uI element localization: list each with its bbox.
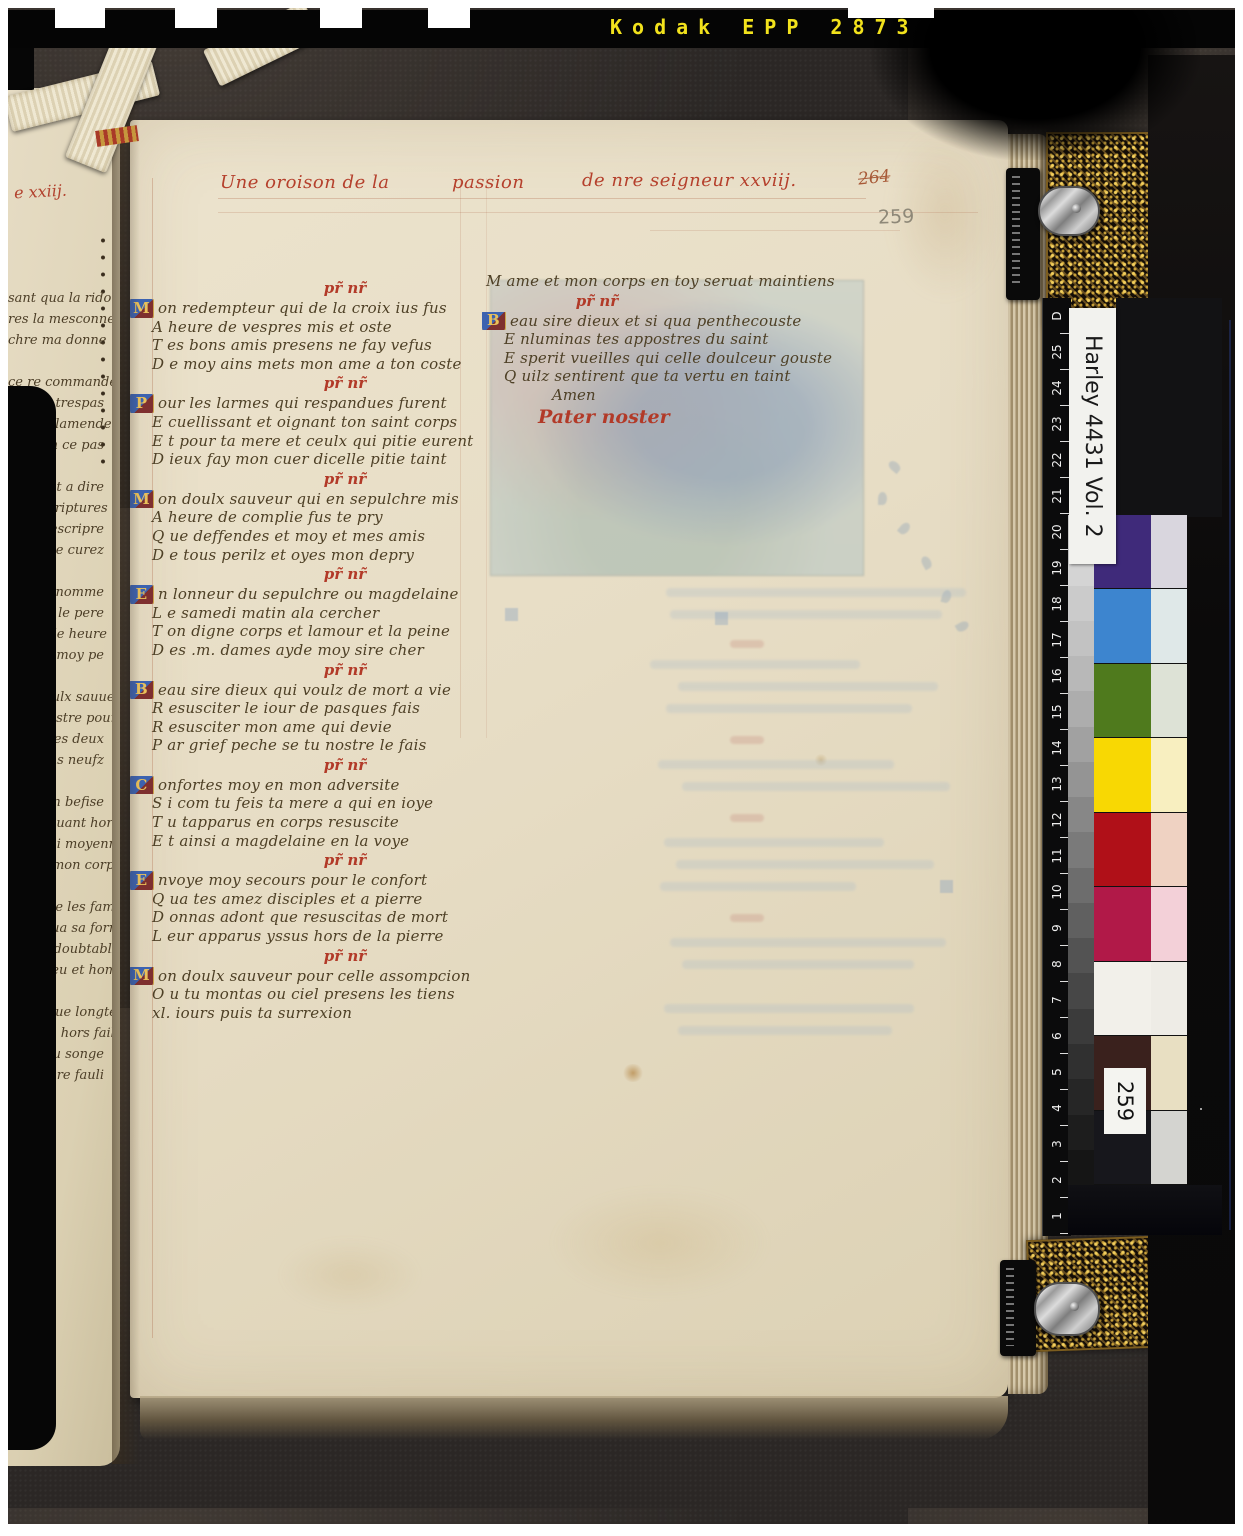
rubric-pater-noster: pr̃ nr̃ [215, 661, 475, 680]
ruler-tick: 18 [1043, 586, 1071, 622]
photograph-of-manuscript: Kodak EPP 2873 e xxiij. sant qua la rido… [0, 0, 1243, 1536]
ruler-number: 23 [1050, 416, 1064, 431]
verse-line: A heure de vespres mis et oste [130, 318, 478, 337]
verse-line: Q ua tes amez disciples et a pierre [130, 890, 478, 909]
ruler-number: 7 [1050, 996, 1064, 1004]
clip-screw [1070, 1302, 1079, 1311]
pencil-folio-number: 259 [878, 205, 915, 228]
parchment-stain [622, 1064, 644, 1082]
facing-page-fragment-line: chre ma donne [8, 330, 112, 351]
ghost-flower [887, 459, 903, 474]
gray-step [1068, 1079, 1094, 1114]
color-patch [1094, 589, 1151, 663]
verse-line: E nluminas tes appostres du saint [482, 330, 912, 349]
ruler-number: 8 [1050, 960, 1064, 968]
right-text-column: M ame et mon corps en toy seruat maintie… [482, 272, 912, 428]
amen-text: Amen [552, 386, 912, 406]
verse-line: D e moy ains mets mon ame a ton coste [130, 355, 478, 374]
ruler-number: 6 [1050, 1032, 1064, 1040]
rubric-pater-noster: pr̃ nr̃ [215, 756, 475, 775]
ruler-number: 2 [1050, 1176, 1064, 1184]
ruler-tick: 11 [1043, 838, 1071, 874]
verse-line: L eur apparus yssus hors de la pierre [130, 927, 478, 946]
verse-line: M on doulx sauveur qui en sepulchre mis [130, 490, 478, 509]
old-folio-number: 264 [857, 166, 891, 189]
ghost-initial [715, 612, 728, 625]
stanza: pr̃ nr̃ B eau sire dieux qui voulz de mo… [130, 661, 478, 755]
stanza: pr̃ nr̃ E nvoye moy secours pour le conf… [130, 851, 478, 945]
verse-line: T on digne corps et lamour et la peine [130, 622, 478, 641]
show-through-line [658, 760, 894, 769]
verse-text: onfortes moy en mon adversite [158, 776, 400, 795]
illuminated-initial: B [482, 312, 505, 331]
verse-line: M ame et mon corps en toy seruat maintie… [482, 272, 912, 291]
rubric-pater-noster: pr̃ nr̃ [482, 292, 712, 311]
ruler-number: 12 [1050, 812, 1064, 827]
clip-screw [1072, 204, 1081, 213]
ruler-tick: 13 [1043, 766, 1071, 802]
calibration-patch-row [1094, 962, 1187, 1036]
show-through-line [670, 610, 942, 619]
verse-line: D e tous perilz et oyes mon depry [130, 546, 478, 565]
ruler-number: 4 [1050, 1104, 1064, 1112]
ruler-number: 3 [1050, 1140, 1064, 1148]
strap-label-text [1012, 176, 1020, 288]
ghost-flower [878, 492, 887, 505]
rubric-pater-noster: pr̃ nr̃ [215, 565, 475, 584]
ruler-tick: 17 [1043, 622, 1071, 658]
show-through-line [678, 1026, 892, 1035]
ruler-number: 13 [1050, 776, 1064, 791]
frame-notch [55, 8, 105, 28]
calibration-black-patch [1116, 298, 1222, 517]
pastel-patch [1151, 813, 1187, 887]
verse-line: xl. iours puis ta surrexion [130, 1004, 478, 1023]
ruler-tick: 6 [1043, 1018, 1071, 1054]
calibration-patch-row [1094, 664, 1187, 738]
verse-line: R esusciter le iour de pasques fais [130, 699, 478, 718]
ghost-initial [505, 608, 518, 621]
color-patch [1094, 664, 1151, 738]
ruler-number: 19 [1050, 560, 1064, 575]
ruler-tick: 5 [1043, 1054, 1071, 1090]
ruler-tick: 4 [1043, 1090, 1071, 1126]
gray-step [1068, 1044, 1094, 1079]
verse-line: D ieux fay mon cuer dicelle pitie taint [130, 450, 478, 469]
verse-line: C onfortes moy en mon adversite [130, 776, 478, 795]
verse-line: R esusciter mon ame qui devie [130, 718, 478, 737]
verse-line: E n lonneur du sepulchre ou magdelaine [130, 585, 478, 604]
gray-step [1068, 797, 1094, 832]
ruler-number: 17 [1050, 632, 1064, 647]
color-patch [1094, 887, 1151, 961]
shadow [870, 10, 1200, 160]
ruler-tick: 2 [1043, 1162, 1071, 1198]
verse-line: P ar grief peche se tu nostre le fais [130, 736, 478, 755]
show-through-line [670, 938, 946, 947]
gray-step [1068, 762, 1094, 797]
verse-text: on doulx sauveur pour celle assompcion [158, 967, 470, 986]
ruler-number: 15 [1050, 704, 1064, 719]
ruler-tick: 25 [1043, 334, 1071, 370]
metal-clip-bottom [1034, 1282, 1100, 1336]
pastel-patch [1151, 738, 1187, 812]
ruler-number: 22 [1050, 452, 1064, 467]
ruler-number: 18 [1050, 596, 1064, 611]
ruler-number: 21 [1050, 488, 1064, 503]
verse-line: T es bons amis presens ne fay vefus [130, 336, 478, 355]
gray-step [1068, 938, 1094, 973]
ruler-tick: 14 [1043, 730, 1071, 766]
left-text-column: pr̃ nr̃ M on redempteur qui de la croix … [130, 278, 478, 1022]
ruler-number: 11 [1050, 848, 1064, 863]
rubric-pater-noster: pr̃ nr̃ [215, 470, 475, 489]
ruler-tick: D [1043, 298, 1071, 334]
verse-line: O u tu montas ou ciel presens les tiens [130, 985, 478, 1004]
ruler-tick: 1 [1043, 1198, 1071, 1234]
stanza: pr̃ nr̃ M on redempteur qui de la croix … [130, 279, 478, 373]
color-patch [1094, 962, 1151, 1036]
show-through-line [676, 860, 934, 869]
strap-label-text [1006, 1268, 1014, 1346]
verse-text: eau sire dieux et si qua penthecouste [510, 312, 801, 331]
verse-line: A heure de complie fus te pry [130, 508, 478, 527]
show-through-line [666, 704, 912, 713]
ruler-tick: 9 [1043, 910, 1071, 946]
gray-step [1068, 586, 1094, 621]
pastel-patch [1151, 664, 1187, 738]
show-through-line [666, 588, 966, 597]
ruler-tick: 8 [1043, 946, 1071, 982]
gray-step [1068, 868, 1094, 903]
verse-line: B eau sire dieux et si qua penthecouste [482, 312, 912, 331]
show-through-rubric [730, 914, 764, 922]
verse-line: D onnas adont que resuscitas de mort [130, 908, 478, 927]
show-through-line [678, 682, 938, 691]
calibration-strip-end [1068, 1185, 1222, 1235]
ruler-number: 16 [1050, 668, 1064, 683]
pastel-patch [1151, 962, 1187, 1036]
gray-step [1068, 1009, 1094, 1044]
verse-line: B eau sire dieux qui voulz de mort a vie [130, 681, 478, 700]
ruled-line [218, 212, 978, 213]
photo-border-bottom [0, 1524, 1243, 1536]
pastel-patch [1151, 1036, 1187, 1110]
gray-step [1068, 832, 1094, 867]
ghost-initial [940, 880, 953, 893]
facing-page-red-fragment: e xxiij. [14, 181, 68, 203]
ruled-line [218, 198, 866, 199]
parchment-stain [550, 1188, 770, 1298]
gray-step [1068, 1150, 1094, 1185]
ruled-line [650, 230, 900, 231]
shelfmark-label: Harley 4431 Vol. 2 [1069, 308, 1116, 564]
verse-line: M on redempteur qui de la croix ius fus [130, 299, 478, 318]
page-title-part3: de nre seigneur xxviij. [582, 170, 797, 191]
metal-clip-top [1038, 186, 1100, 236]
shelfmark-text: Harley 4431 Vol. 2 [1080, 335, 1105, 538]
ruler-number: 20 [1050, 524, 1064, 539]
pastel-patch [1151, 515, 1187, 589]
stanza: pr̃ nr̃ M on doulx sauveur qui en sepulc… [130, 470, 478, 564]
facing-page-fragment-line [8, 351, 112, 372]
stanza: pr̃ nr̃ E n lonneur du sepulchre ou magd… [130, 565, 478, 659]
film-stock-label: Kodak EPP 2873 [610, 15, 919, 39]
pater-noster-rubric: Pater noster [538, 406, 912, 428]
calibration-patch-row [1094, 887, 1187, 961]
color-patch [1094, 813, 1151, 887]
ruler-tick: 24 [1043, 370, 1071, 406]
ruler-tick: 16 [1043, 658, 1071, 694]
gray-step [1068, 656, 1094, 691]
verse-line: Q uilz sentirent que ta vertu en taint [482, 367, 912, 386]
verse-line: D es .m. dames ayde moy sire cher [130, 641, 478, 660]
frame-notch [320, 8, 362, 28]
ruler-tick: 21 [1043, 478, 1071, 514]
verse-text: n lonneur du sepulchre ou magdelaine [158, 585, 459, 604]
show-through-line [664, 838, 884, 847]
show-through-rubric [730, 736, 764, 744]
verse-line: M on doulx sauveur pour celle assompcion [130, 967, 478, 986]
frame-notch [175, 8, 217, 28]
ruler-tick: 19 [1043, 550, 1071, 586]
rubric-pater-noster: pr̃ nr̃ [215, 279, 475, 298]
show-through-line [682, 782, 950, 791]
facing-page-fragment-line: res la mesconne [8, 309, 112, 330]
manuscript-page: Une oroison de la passion de nre seigneu… [130, 120, 1008, 1398]
film-edge-line [1229, 320, 1231, 1230]
verse-text: eau sire dieux qui voulz de mort a vie [158, 681, 451, 700]
frame-notch [428, 8, 470, 28]
mount-arm-left [8, 386, 56, 1450]
dust-speck [1200, 1108, 1202, 1110]
ruler-number: 9 [1050, 924, 1064, 932]
parchment-stain [280, 1240, 420, 1310]
rubric-pater-noster: pr̃ nr̃ [215, 374, 475, 393]
calibration-patch-row [1094, 589, 1187, 663]
show-through-rubric [730, 640, 764, 648]
gray-step [1068, 1115, 1094, 1150]
ruler-number: D [1050, 311, 1064, 320]
ruler-tick: 3 [1043, 1126, 1071, 1162]
photo-border-left [0, 0, 8, 1536]
page-title-part1: Une oroison de la [220, 172, 389, 193]
pastel-patch [1151, 887, 1187, 961]
verse-line: E sperit vueilles qui celle doulceur gou… [482, 349, 912, 368]
calibration-patch-row [1094, 813, 1187, 887]
rubric-pater-noster: pr̃ nr̃ [215, 851, 475, 870]
ghost-flower [955, 619, 971, 633]
pastel-patch [1151, 1111, 1187, 1185]
pastel-patch [1151, 589, 1187, 663]
facing-page-fragment-line: sant qua la ridonne [8, 288, 112, 309]
folio-number-label: 259 [1104, 1068, 1146, 1134]
ruler-tick: 22 [1043, 442, 1071, 478]
calibration-gray-scale [1068, 515, 1094, 1185]
verse-line: T u tapparus en corps resuscite [130, 813, 478, 832]
verse-text: on redempteur qui de la croix ius fus [158, 299, 447, 318]
stanza: pr̃ nr̃ C onfortes moy en mon adversite … [130, 756, 478, 850]
ghost-flower [897, 521, 912, 537]
ruler-number: 25 [1050, 344, 1064, 359]
color-patch [1094, 738, 1151, 812]
verse-line: E t pour ta mere et ceulx qui pitie eure… [130, 432, 478, 451]
verse-line: P our les larmes qui respandues furent [130, 394, 478, 413]
book-bottom-edge [140, 1396, 1008, 1440]
folio-number-text: 259 [1113, 1081, 1137, 1121]
show-through-line [682, 960, 914, 969]
verse-line: Q ue deffendes et moy et mes amis [130, 527, 478, 546]
show-through-line [660, 882, 856, 891]
verse-line: L e samedi matin ala cercher [130, 604, 478, 623]
verse-text: on doulx sauveur qui en sepulchre mis [158, 490, 459, 509]
ruler-tick: 15 [1043, 694, 1071, 730]
gray-step [1068, 973, 1094, 1008]
verse-text: our les larmes qui respandues furent [158, 394, 447, 413]
calibration-patch-row [1094, 738, 1187, 812]
ruler-tick: 12 [1043, 802, 1071, 838]
rubric-pater-noster: pr̃ nr̃ [215, 947, 475, 966]
verse-line: E nvoye moy secours pour le confort [130, 871, 478, 890]
stanza: pr̃ nr̃ M on doulx sauveur pour celle as… [130, 947, 478, 1023]
ruler-tick: 20 [1043, 514, 1071, 550]
ruler-tick: 7 [1043, 982, 1071, 1018]
gray-step [1068, 727, 1094, 762]
gray-step [1068, 691, 1094, 726]
ruler-tick: 23 [1043, 406, 1071, 442]
ruler-number: 14 [1050, 740, 1064, 755]
verse-line: S i com tu feis ta mere a qui en ioye [130, 794, 478, 813]
calibration-ruler: D 25 24 23 22 21 20 19 18 17 16 15 14 13… [1042, 298, 1071, 1236]
page-title-part2: passion [452, 172, 524, 193]
ruler-number: 10 [1050, 884, 1064, 899]
gray-step [1068, 903, 1094, 938]
ruled-line [486, 178, 487, 738]
ruler-number: 24 [1050, 380, 1064, 395]
photo-border-top [0, 0, 1243, 8]
verse-line: E t ainsi a magdelaine en la voye [130, 832, 478, 851]
verse-line: E cuellissant et oignant ton saint corps [130, 413, 478, 432]
show-through-rubric [730, 814, 764, 822]
verse-text: nvoye moy secours pour le confort [158, 871, 427, 890]
photo-border-right [1235, 0, 1243, 1536]
ruler-tick: 10 [1043, 874, 1071, 910]
ruler-number: 1 [1050, 1212, 1064, 1220]
ruler-number: 5 [1050, 1068, 1064, 1076]
ghost-flower [919, 555, 933, 571]
gray-step [1068, 621, 1094, 656]
book-gutter-shadow [112, 92, 140, 1464]
show-through-line [664, 1004, 914, 1013]
stanza: pr̃ nr̃ P our les larmes qui respandues … [130, 374, 478, 468]
show-through-line [650, 660, 860, 669]
